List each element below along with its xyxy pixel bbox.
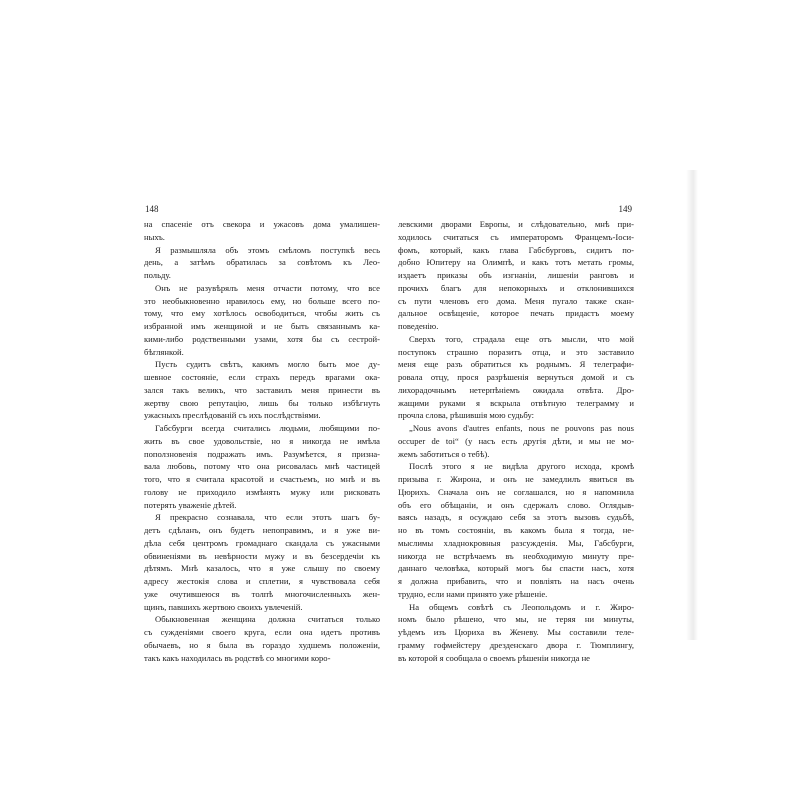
text-line: грамму гофмейстеру дрезденскаго двора г.… [398, 639, 634, 652]
text-line: жащими руками я вскрыла отвѣтную телегра… [398, 397, 634, 410]
paragraph: Обыкновенная женщина должна считаться то… [144, 613, 380, 664]
text-line: лихорадочнымъ нетерпѣніемъ ожидала отвѣт… [398, 384, 634, 397]
text-line: меня еще разъ обратиться къ роднымъ. Я т… [398, 358, 634, 371]
text-line: жертву свою репутацію, лишь бы только из… [144, 397, 380, 410]
text-line: съ пути членовъ его дома. Меня пугало та… [398, 295, 634, 308]
paragraph: Сверхъ того, страдала еще отъ мысли, что… [398, 333, 634, 422]
text-line: поступокъ страшно поразитъ отца, и это з… [398, 346, 634, 359]
text-line: ужасныхъ преслѣдованій съ ихъ послѣдстві… [144, 409, 380, 422]
page-number: 149 [398, 204, 634, 218]
paragraph: Я размышляла объ этомъ смѣломъ поступкѣ … [144, 244, 380, 282]
page-body: на спасеніе отъ свекора и ужасовъ дома у… [144, 218, 380, 664]
text-line: Обыкновенная женщина должна считаться то… [144, 613, 380, 626]
paragraph: Пусть судитъ свѣтъ, какимъ могло быть мо… [144, 358, 380, 422]
page-body: левскими дворами Европы, и слѣдовательно… [398, 218, 634, 664]
text-line: поползновенія подражать имъ. Разумѣется,… [144, 448, 380, 461]
text-line: ныхъ. [144, 231, 380, 244]
text-line: щинъ, павшихъ жертвою своихъ увлеченій. [144, 601, 380, 614]
text-line: день, а затѣмъ обратилась за совѣтомъ къ… [144, 256, 380, 269]
text-line: никогда не встрѣчаемъ въ необходимую мин… [398, 550, 634, 563]
left-page: 148 на спасеніе отъ свекора и ужасовъ до… [144, 204, 380, 664]
text-line: Я прекрасно сознавала, что если этотъ ша… [144, 511, 380, 524]
text-line: на спасеніе отъ свекора и ужасовъ дома у… [144, 218, 380, 231]
text-line: детъ сдѣланъ, онъ будетъ непоправимъ, и … [144, 524, 380, 537]
text-line: избранной имъ женщиной и не быть связанн… [144, 320, 380, 333]
page-edge-shadow [686, 170, 698, 640]
text-line: левскими дворами Европы, и слѣдовательно… [398, 218, 634, 231]
text-line: Онъ не разувѣрялъ меня отчасти потому, ч… [144, 282, 380, 295]
text-line: обычаевъ, но я была въ гораздо худшемъ п… [144, 639, 380, 652]
text-line: дѣла себя центромъ громаднаго скандала с… [144, 537, 380, 550]
text-line: поведенію. [398, 320, 634, 333]
text-line: но въ томъ состояніи, въ какомъ была я т… [398, 524, 634, 537]
text-line: того, что я считала красотой и счастьемъ… [144, 473, 380, 486]
paragraph: На общемъ совѣтѣ съ Леопольдомъ и г. Жир… [398, 601, 634, 665]
text-line: это необыкновенно нравилось ему, но боль… [144, 295, 380, 308]
text-line: польду. [144, 269, 380, 282]
paragraph: Онъ не разувѣрялъ меня отчасти потому, ч… [144, 282, 380, 359]
text-line: трудно, если нами принято уже рѣшеніе. [398, 588, 634, 601]
text-line: тому, что ему хотѣлось освободиться, что… [144, 307, 380, 320]
text-line: съ сужденіями своего круга, если она иде… [144, 626, 380, 639]
text-line: прочла слова, рѣшившія мою судьбу: [398, 409, 634, 422]
page-number: 148 [144, 204, 380, 218]
text-line: ровала отцу, прося разрѣшенія вернуться … [398, 371, 634, 384]
text-line: даннаго человѣка, который могъ бы спасти… [398, 562, 634, 575]
text-line: На общемъ совѣтѣ съ Леопольдомъ и г. Жир… [398, 601, 634, 614]
text-line: жемъ заботиться о тебѣ). [398, 448, 634, 461]
text-line: дальное освѣщеніе, которое печать придас… [398, 307, 634, 320]
paragraph: левскими дворами Европы, и слѣдовательно… [398, 218, 634, 333]
text-line: вала любовь, потому что она рисовалась м… [144, 460, 380, 473]
text-line: въ которой я сообщала о своемъ рѣшеніи н… [398, 652, 634, 665]
text-line: уѣдемъ изъ Цюриха въ Женеву. Мы составил… [398, 626, 634, 639]
text-line: адресу жестокія слова и сплетни, я чувст… [144, 575, 380, 588]
text-line: номъ было рѣшено, что мы, не теряя ни ми… [398, 613, 634, 626]
paragraph: „Nous avons d'autres enfants, nous ne po… [398, 422, 634, 460]
paragraph: Я прекрасно сознавала, что если этотъ ша… [144, 511, 380, 613]
text-line: Я размышляла объ этомъ смѣломъ поступкѣ … [144, 244, 380, 257]
text-line: такъ какъ находилась въ родствѣ со многи… [144, 652, 380, 665]
text-line: Габсбурги всегда считались людьми, любящ… [144, 422, 380, 435]
text-line: обвиненіями въ невѣрности мужу и въ безс… [144, 550, 380, 563]
text-line: издаетъ приказы объ изгнаніи, лишеніи ра… [398, 269, 634, 282]
text-line: occuper de toi“ (у насъ есть другія дѣти… [398, 435, 634, 448]
text-line: зался такъ великъ, что заставилъ меня пр… [144, 384, 380, 397]
text-line: „Nous avons d'autres enfants, nous ne po… [398, 422, 634, 435]
text-line: жить въ свое удовольствіе, но я никогда … [144, 435, 380, 448]
text-line: голову не приходило измѣнять мужу или ри… [144, 486, 380, 499]
text-line: дѣтямъ. Мнѣ казалось, что я уже слышу по… [144, 562, 380, 575]
text-line: Пусть судитъ свѣтъ, какимъ могло быть мо… [144, 358, 380, 371]
right-page: 149 левскими дворами Европы, и слѣдовате… [398, 204, 634, 664]
text-line: уже очутившеюся въ толпѣ многочисленныхъ… [144, 588, 380, 601]
text-line: я должна прибавить, что и повліять на на… [398, 575, 634, 588]
text-line: кими-либо родственными узами, хотя бы съ… [144, 333, 380, 346]
text-line: добно Юпитеру на Олимпѣ, и какъ тотъ мет… [398, 256, 634, 269]
text-line: прочихъ благъ для непокорныхъ и отклонив… [398, 282, 634, 295]
text-line: объ его обѣщаніи, и онъ сдержалъ слово. … [398, 499, 634, 512]
text-line: бѣглянкой. [144, 346, 380, 359]
text-line: мыслимы хладнокровныя разсужденія. Мы, Г… [398, 537, 634, 550]
book-spread: 148 на спасеніе отъ свекора и ужасовъ до… [0, 0, 800, 800]
text-line: Цюрихъ. Сначала онъ не соглашался, но я … [398, 486, 634, 499]
paragraph: Габсбурги всегда считались людьми, любящ… [144, 422, 380, 511]
text-line: потерять уваженіе дѣтей. [144, 499, 380, 512]
paragraph: на спасеніе отъ свекора и ужасовъ дома у… [144, 218, 380, 244]
text-line: фомъ, который, какъ глава Габсбурговъ, с… [398, 244, 634, 257]
text-line: Сверхъ того, страдала еще отъ мысли, что… [398, 333, 634, 346]
text-line: ваясь назадъ, я осуждаю себя за этотъ вы… [398, 511, 634, 524]
text-line: шевное состояніе, если страхъ передъ вра… [144, 371, 380, 384]
text-line: призыва г. Жирона, и онъ не замедлилъ яв… [398, 473, 634, 486]
paragraph: Послѣ этого я не видѣла другого исхода, … [398, 460, 634, 600]
text-line: Послѣ этого я не видѣла другого исхода, … [398, 460, 634, 473]
text-line: ходилось считаться съ императоромъ Франц… [398, 231, 634, 244]
